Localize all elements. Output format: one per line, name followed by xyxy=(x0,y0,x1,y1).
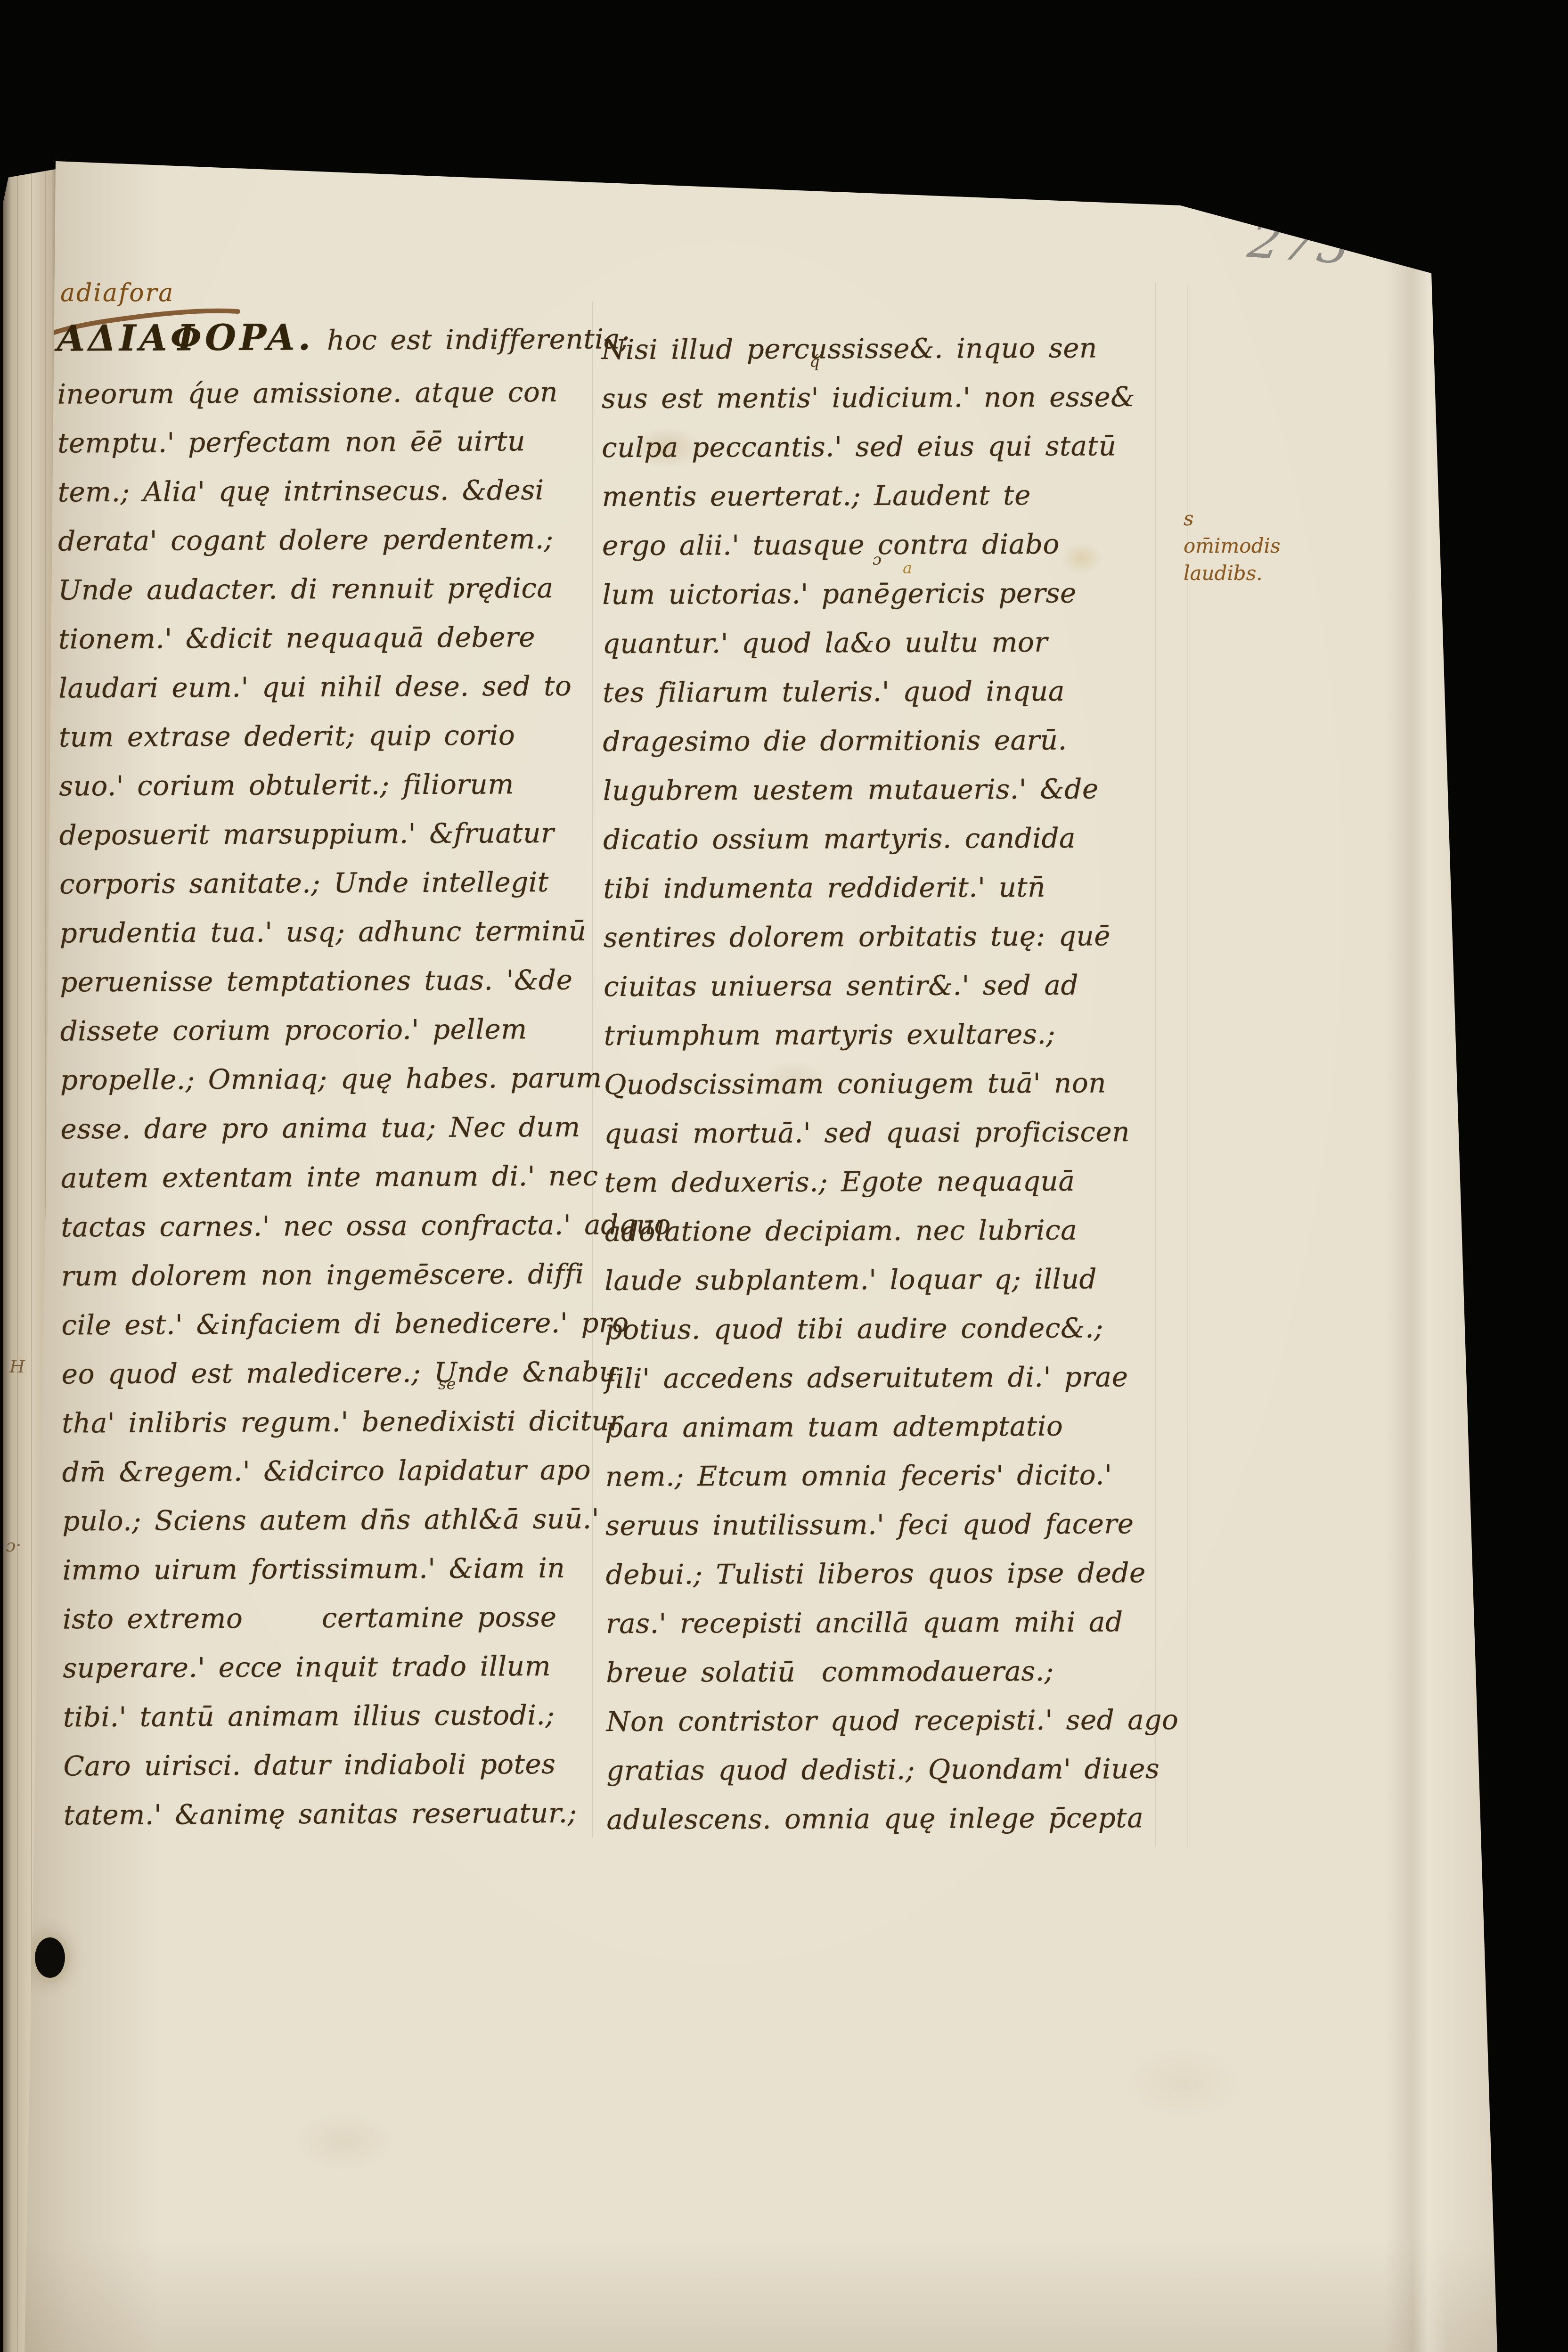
manuscript-text-line: tactas carnes.' nec ossa confracta.' adq… xyxy=(61,1200,593,1252)
manuscript-text-line: Quodscissimam coniugem tuā' non xyxy=(604,1058,1160,1109)
manuscript-text-line: tha' inlibris regum.' benedixisti dicitu… xyxy=(62,1396,594,1448)
manuscript-text-line: mentis euerterat.; Laudent te xyxy=(602,470,1158,521)
manuscript-text-line: superare.' ecce inquit trado illum xyxy=(63,1641,595,1693)
manuscript-text-line: esse. dare pro anima tua; Nec dum xyxy=(60,1102,593,1154)
manuscript-text-line: Caro uirisci. datur indiaboli potes xyxy=(63,1739,596,1791)
manuscript-page: 273~ adiafora AΔIAΦOPA. hoc est indiffer… xyxy=(0,0,1568,2352)
manuscript-text-line: Non contristor quod recepisti.' sed ago xyxy=(606,1695,1162,1746)
manuscript-text-line: lum uictorias.' panēgericis perse xyxy=(602,568,1158,619)
manuscript-text-line: laudari eum.' qui nihil dese. sed to xyxy=(58,661,591,713)
manuscript-text-line: tem.; Alia' quę intrinsecus. &desi xyxy=(57,465,590,517)
manuscript-text-line: tem deduxeris.; Egote nequaquā xyxy=(604,1156,1160,1207)
margin-note-line: s xyxy=(1184,505,1281,532)
gutter-edge-mark: ɔ· xyxy=(6,1535,21,1556)
stain xyxy=(1121,2045,1244,2120)
folio-number-pencil: 273~ xyxy=(1243,211,1404,278)
manuscript-text-line: tatem.' &animę sanitas reseruatur.; xyxy=(64,1788,596,1840)
manuscript-text-line: autem extentam inte manum di.' nec xyxy=(61,1151,593,1203)
manuscript-text-line: tibi indumenta reddiderit.' utn̄ xyxy=(603,862,1159,913)
manuscript-text-line: ras.' recepisti ancillā quam mihi ad xyxy=(606,1597,1162,1648)
interlinear-gloss: a xyxy=(903,559,912,578)
manuscript-text-line: quantur.' quod la&o uultu mor xyxy=(603,617,1159,668)
manuscript-text-line: derata' cogant dolere perdentem.; xyxy=(58,514,590,566)
manuscript-text-line: temptu.' perfectam non ēē uirtu xyxy=(57,416,590,468)
manuscript-text-line: adōlatione decipiam. nec lubrica xyxy=(604,1205,1160,1256)
manuscript-text-line: para animam tuam adtemptatio xyxy=(605,1401,1161,1452)
text-column-left: AΔIAΦOPA. hoc est indifferentia; ineorum… xyxy=(57,312,596,1840)
manuscript-text-line: nem.; Etcum omnia feceris' dicito.' xyxy=(605,1450,1161,1501)
manuscript-text-line: pulo.; Sciens autem dn̄s athl&ā suū.' xyxy=(62,1494,595,1546)
incipit-rest: hoc est indifferentia; xyxy=(314,323,629,356)
margin-note-line: om̄imodis xyxy=(1184,532,1281,560)
manuscript-text-line: corporis sanitate.; Unde intellegit xyxy=(59,857,592,909)
manuscript-text-line: breue solatiū commodaueras.; xyxy=(606,1646,1162,1697)
manuscript-text-line: triumphum martyris exultares.; xyxy=(604,1009,1160,1060)
manuscript-text-line: debui.; Tulisti liberos quos ipse dede xyxy=(605,1548,1161,1599)
text-column-right: Nisi illud percussisse&. inquo sensus es… xyxy=(601,323,1162,1844)
manuscript-text-line: cile est.' &infaciem di benedicere.' pro xyxy=(61,1298,594,1350)
manuscript-text-line: isto extremo certamine posse xyxy=(63,1592,595,1644)
manuscript-text-line: tionem.' &dicit nequaquā debere xyxy=(58,612,591,664)
manuscript-text-line: rum dolorem non ingemēscere. diffi xyxy=(61,1249,594,1301)
manuscript-text-line: propelle.; Omniaq; quę habes. parum xyxy=(60,1053,593,1105)
manuscript-text-line: tes filiarum tuleris.' quod inqua xyxy=(603,666,1159,717)
manuscript-text-line: tibi.' tantū animam illius custodi.; xyxy=(63,1690,596,1742)
manuscript-text-line: ciuitas uniuersa sentir&.' sed ad xyxy=(604,960,1160,1011)
manuscript-text-line: immo uirum fortissimum.' &iam in xyxy=(62,1543,595,1595)
manuscript-text-line: deposuerit marsuppium.' &fruatur xyxy=(59,808,592,860)
stain xyxy=(292,2111,396,2172)
manuscript-text-line: Unde audacter. di rennuit prędica xyxy=(58,563,590,615)
manuscript-text-line: eo quod est maledicere.; Unde &nabu xyxy=(62,1347,594,1399)
manuscript-text-line: tum extrase dederit; quip corio xyxy=(59,710,591,762)
manuscript-text-line: Nisi illud percussisse&. inquo sen xyxy=(601,323,1157,374)
binding-hole xyxy=(35,1937,65,1978)
gutter-edge-mark: H xyxy=(9,1356,25,1377)
parchment-fold-crease xyxy=(1385,203,1446,2352)
manuscript-text-line: sus est mentis' iudicium.' non esse& xyxy=(602,372,1158,423)
margin-note-line: laudibs. xyxy=(1184,560,1281,587)
manuscript-text-line: laude subplantem.' loquar q; illud xyxy=(604,1254,1160,1305)
interlinear-gloss: se xyxy=(438,1375,456,1394)
manuscript-text-line: gratias quod dedisti.; Quondam' diues xyxy=(606,1744,1162,1795)
manuscript-text-line: potius. quod tibi audire condec&.; xyxy=(605,1303,1161,1354)
manuscript-text-line: adulescens. omnia quę inlege p̄cepta xyxy=(606,1793,1162,1844)
manuscript-text-line: quasi mortuā.' sed quasi proficiscen xyxy=(604,1107,1160,1158)
manuscript-text-line: peruenisse temptationes tuas. '&de xyxy=(60,955,592,1007)
manuscript-text-line: lugubrem uestem mutaueris.' &de xyxy=(603,764,1159,815)
rubric-header: adiafora xyxy=(60,279,174,307)
manuscript-text-line: prudentia tua.' usq; adhunc terminū xyxy=(59,906,592,958)
manuscript-text-line: dicatio ossium martyris. candida xyxy=(603,813,1159,864)
manuscript-text-line: sentires dolorem orbitatis tuę: quē xyxy=(604,911,1160,962)
manuscript-text-line: culpa peccantis.' sed eius qui statū xyxy=(602,421,1158,472)
manuscript-text-line: fili' accedens adseruitutem di.' prae xyxy=(605,1352,1161,1403)
incipit-greek-capitals: AΔIAΦOPA. xyxy=(57,316,314,359)
manuscript-text-line: ineorum q́ue amissione. atque con xyxy=(57,367,589,419)
manuscript-text-line: dissete corium procorio.' pellem xyxy=(60,1004,592,1056)
incipit-line: AΔIAΦOPA. hoc est indifferentia; xyxy=(57,312,590,370)
manuscript-text-line: suo.' corium obtulerit.; filiorum xyxy=(59,759,591,811)
manuscript-text-line: dragesimo die dormitionis earū. xyxy=(603,715,1159,766)
manuscript-photo-background: Hɔ· 273~ adiafora AΔIAΦOPA. hoc est indi… xyxy=(0,0,1568,2352)
interlinear-gloss: q́ xyxy=(809,352,820,371)
margin-note: s om̄imodis laudibs. xyxy=(1184,505,1281,587)
interlinear-gloss: ɔ xyxy=(873,550,882,569)
manuscript-text-line: seruus inutilissum.' feci quod facere xyxy=(605,1499,1161,1550)
manuscript-text-line: dm̄ &regem.' &idcirco lapidatur apo xyxy=(62,1445,594,1497)
